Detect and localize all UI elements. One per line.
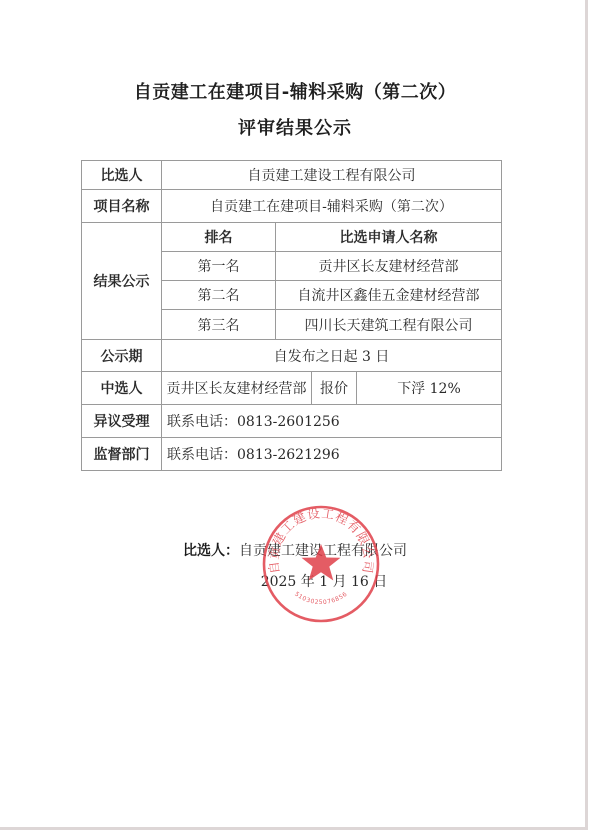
period-label: 公示期 [82,340,162,372]
document-subtitle: 评审结果公示 [0,114,590,140]
supervision-label: 监督部门 [82,438,162,471]
selector-label: 比选人 [82,161,162,190]
applicant-cell: 贡井区长友建材经营部 [276,252,502,281]
row-objection: 异议受理 联系电话：0813-2601256 [82,405,502,438]
signature-company: 自贡建工建设工程有限公司 [239,543,407,559]
project-value: 自贡建工在建项目-辅料采购（第二次） [162,190,502,223]
signature-line: 比选人：自贡建工建设工程有限公司 [0,540,590,560]
row-project: 项目名称 自贡建工在建项目-辅料采购（第二次） [82,190,502,223]
selector-value: 自贡建工建设工程有限公司 [162,161,502,190]
winner-value: 贡井区长友建材经营部 [162,372,312,405]
winner-label: 中选人 [82,372,162,405]
price-label: 报价 [312,372,357,405]
applicant-cell: 四川长天建筑工程有限公司 [276,310,502,340]
signature-date: 2025 年 1 月 16 日 [0,571,590,591]
project-label: 项目名称 [82,190,162,223]
row-period: 公示期 自发布之日起 3 日 [82,340,502,372]
result-table: 比选人 自贡建工建设工程有限公司 项目名称 自贡建工在建项目-辅料采购（第二次）… [81,160,502,471]
row-supervision: 监督部门 联系电话：0813-2621296 [82,438,502,471]
rank-cell: 第一名 [162,252,276,281]
applicant-header: 比选申请人名称 [276,223,502,252]
document-title: 自贡建工在建项目-辅料采购（第二次） [0,78,590,104]
applicant-cell: 自流井区鑫佳五金建材经营部 [276,281,502,310]
rank-cell: 第三名 [162,310,276,340]
supervision-value: 联系电话：0813-2621296 [162,438,502,471]
period-value: 自发布之日起 3 日 [162,340,502,372]
row-selector: 比选人 自贡建工建设工程有限公司 [82,161,502,190]
rank-cell: 第二名 [162,281,276,310]
price-value: 下浮 12% [357,372,502,405]
row-winner: 中选人 贡井区长友建材经营部 报价 下浮 12% [82,372,502,405]
signature-label: 比选人： [183,543,239,559]
rank-header: 排名 [162,223,276,252]
result-label: 结果公示 [82,223,162,340]
row-results-header: 结果公示 排名 比选申请人名称 [82,223,502,252]
objection-label: 异议受理 [82,405,162,438]
objection-value: 联系电话：0813-2601256 [162,405,502,438]
date-text: 2025 年 1 月 16 日 [261,574,388,590]
